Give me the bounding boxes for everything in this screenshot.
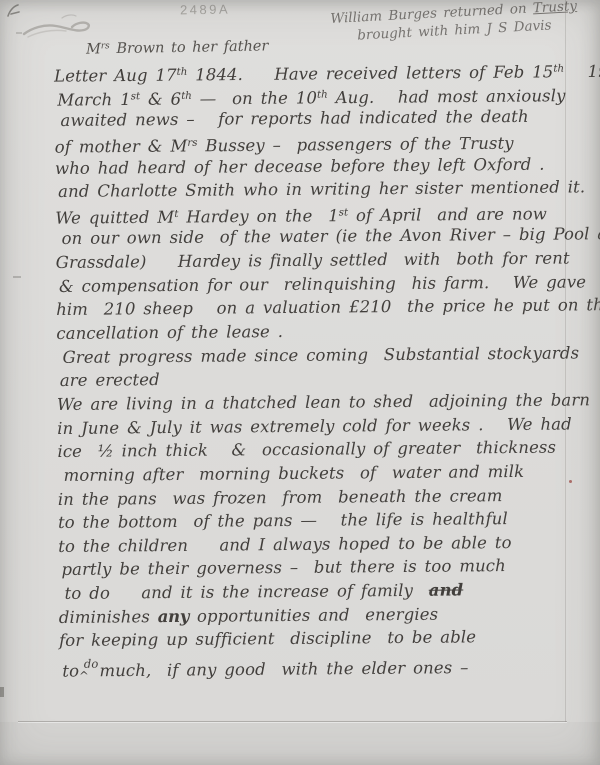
- text-segment: partly be their governess – but there is…: [61, 557, 506, 580]
- letter-line: on our own side of the water (ie the Avo…: [61, 222, 600, 251]
- text-segment: to the bottom of the pans — the life is …: [58, 509, 508, 532]
- text-segment: and Charlotte Smith who in writing her s…: [58, 178, 585, 202]
- text-segment: opportunities and energies: [189, 604, 438, 625]
- text-segment: & 6: [140, 89, 181, 108]
- letter-line: to do and it is the increase of family a…: [65, 577, 600, 606]
- text-segment: to: [62, 661, 79, 680]
- text-segment: Aug. had most anxiously: [328, 86, 566, 107]
- text-segment: — on the 10: [192, 88, 317, 108]
- paper-bottom-edge: [18, 721, 567, 722]
- edge-speck: [13, 276, 21, 278]
- letter-line: him 210 sheep on a valuation £210 the pr…: [56, 293, 600, 322]
- letter-line: morning after morning buckets of water a…: [64, 459, 600, 488]
- text-segment: th: [317, 89, 328, 100]
- text-segment: th: [553, 64, 564, 75]
- text-segment: in the pans was frozen from beneath the …: [58, 486, 503, 509]
- text-segment: who had heard of her decease before they…: [55, 154, 545, 177]
- text-segment: th: [181, 90, 192, 101]
- text-segment: rs: [101, 41, 110, 51]
- text-segment: awaited news – for reports had indicated…: [60, 107, 528, 130]
- text-segment: to do and it is the increase of family: [65, 581, 429, 603]
- text-segment: of April and are now: [348, 204, 547, 225]
- letter-heading: Mrs Brown to her father: [86, 38, 269, 57]
- text-segment: and: [429, 581, 464, 600]
- red-speck: [569, 480, 572, 483]
- text-segment: Grassdale) Hardey is finally settled wit…: [56, 249, 570, 272]
- text-segment: for keeping up sufficient discipline to …: [59, 628, 476, 651]
- text-segment: diminishes: [59, 607, 158, 627]
- text-segment: Bussey – passengers of the Trusty: [197, 134, 513, 156]
- letter-body-text: Letter Aug 17th 1844. Have received lett…: [54, 57, 600, 677]
- edge-speck: [16, 32, 22, 34]
- text-segment: Letter Aug 17: [54, 66, 177, 86]
- edge-speck: [0, 687, 4, 697]
- archive-number-pencil: 2489A: [180, 2, 230, 18]
- text-segment: much, if any good with the elder ones –: [99, 658, 468, 680]
- letter-scan-photo: 2489A William Burges returned on Trustyb…: [0, 0, 600, 765]
- text-segment: 19: [564, 62, 600, 81]
- text-segment: Hardey on the 1: [178, 206, 338, 226]
- text-segment: Brown to her father: [110, 38, 269, 57]
- text-segment: do: [84, 657, 99, 671]
- text-segment: to the children and I always hoped to be…: [58, 533, 512, 556]
- text-segment: are erected: [60, 370, 160, 390]
- text-segment: We are living in a thatched lean to shed…: [57, 390, 590, 414]
- letter-line: & compensation for our relinquishing his…: [59, 270, 600, 299]
- text-segment: cancellation of the lease .: [56, 322, 283, 343]
- letter-line: are erected: [60, 364, 600, 393]
- text-segment: st: [131, 91, 140, 102]
- text-segment: We quitted M: [55, 207, 174, 227]
- text-segment: him 210 sheep on a valuation £210 the pr…: [56, 296, 600, 320]
- letter-line: awaited news – for reports had indicated…: [60, 104, 600, 133]
- photo-backing: [0, 722, 600, 765]
- text-segment: any: [158, 607, 190, 626]
- text-segment: st: [339, 207, 348, 218]
- text-segment: March 1: [57, 90, 131, 110]
- text-segment: M: [86, 41, 101, 57]
- text-segment: of mother & M: [55, 136, 188, 156]
- letter-line: to^domuch, if any good with the elder on…: [62, 648, 600, 677]
- text-segment: Trusty: [532, 0, 577, 16]
- text-segment: th: [177, 67, 188, 78]
- text-segment: Great progress made since coming Substan…: [62, 343, 579, 367]
- heading-line: Mrs Brown to her father: [86, 38, 269, 57]
- text-segment: ice ½ inch thick & occasionally of great…: [57, 438, 556, 461]
- text-segment: & compensation for our relinquishing his…: [59, 272, 586, 296]
- text-segment: morning after morning buckets of water a…: [64, 462, 525, 485]
- letter-line: and Charlotte Smith who in writing her s…: [58, 175, 600, 204]
- text-segment: in June & July it was extremely cold for…: [57, 414, 572, 437]
- paper-crinkle-mark: [18, 10, 96, 44]
- text-segment: on our own side of the water (ie the Avo…: [61, 225, 600, 249]
- text-segment: rs: [187, 138, 197, 149]
